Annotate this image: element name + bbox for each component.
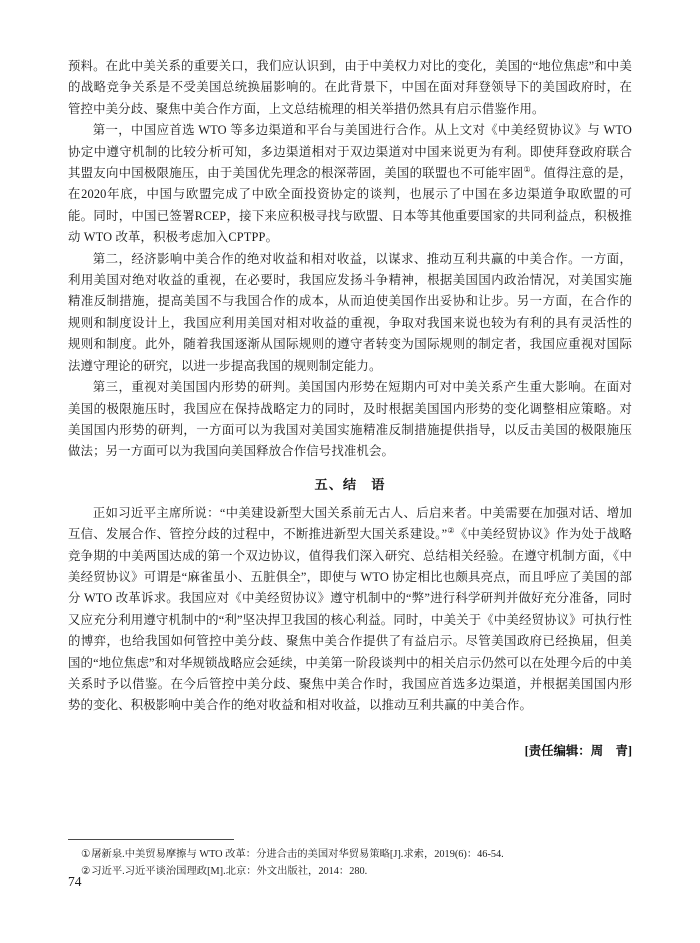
footnote-text: 屠新泉.中美贸易摩擦与 WTO 改革：分进合击的美国对华贸易策略[J].求索，2… bbox=[91, 849, 504, 860]
paragraph: 正如习近平主席所说：“中美建设新型大国关系前无古人、后启来者。中美需要在加强对话… bbox=[68, 503, 632, 717]
conclusion-body: 正如习近平主席所说：“中美建设新型大国关系前无古人、后启来者。中美需要在加强对话… bbox=[68, 503, 632, 717]
paragraph: 第二，经济影响中美合作的绝对收益和相对收益，以谋求、推动互利共赢的中美合作。一方… bbox=[68, 249, 632, 377]
document-page: 预料。在此中美关系的重要关口，我们应认识到，由于中美权力对比的变化，美国的“地位… bbox=[0, 0, 700, 943]
paragraph: 预料。在此中美关系的重要关口，我们应认识到，由于中美权力对比的变化，美国的“地位… bbox=[68, 56, 632, 120]
footnote: ①屠新泉.中美贸易摩擦与 WTO 改革：分进合击的美国对华贸易策略[J].求索，… bbox=[68, 846, 632, 863]
paragraph: 第一，中国应首选 WTO 等多边渠道和平台与美国进行合作。从上文对《中美经贸协议… bbox=[68, 120, 632, 248]
paragraph: 第三，重视对美国国内形势的研判。美国国内形势在短期内可对中美关系产生重大影响。在… bbox=[68, 377, 632, 463]
footnote-reference: ② bbox=[447, 526, 455, 535]
footnote-list: ①屠新泉.中美贸易摩擦与 WTO 改革：分进合击的美国对华贸易策略[J].求索，… bbox=[68, 846, 632, 880]
footnote-text: 习近平.习近平谈治国理政[M].北京：外文出版社，2014：280. bbox=[91, 866, 367, 877]
footnote-marker: ② bbox=[81, 866, 90, 877]
footnote-marker: ① bbox=[81, 849, 90, 860]
footnote-divider bbox=[68, 839, 234, 840]
footnote-reference: ① bbox=[523, 165, 530, 174]
footnote: ②习近平.习近平谈治国理政[M].北京：外文出版社，2014：280. bbox=[68, 863, 632, 880]
section-heading: 五、结 语 bbox=[68, 474, 632, 493]
article-content: 预料。在此中美关系的重要关口，我们应认识到，由于中美权力对比的变化，美国的“地位… bbox=[68, 56, 632, 759]
editor-note: [责任编辑：周 青] bbox=[68, 741, 632, 759]
article-body: 预料。在此中美关系的重要关口，我们应认识到，由于中美权力对比的变化，美国的“地位… bbox=[68, 56, 632, 463]
footnote-area: ①屠新泉.中美贸易摩擦与 WTO 改革：分进合击的美国对华贸易策略[J].求索，… bbox=[68, 839, 632, 880]
page-number: 74 bbox=[68, 874, 82, 890]
